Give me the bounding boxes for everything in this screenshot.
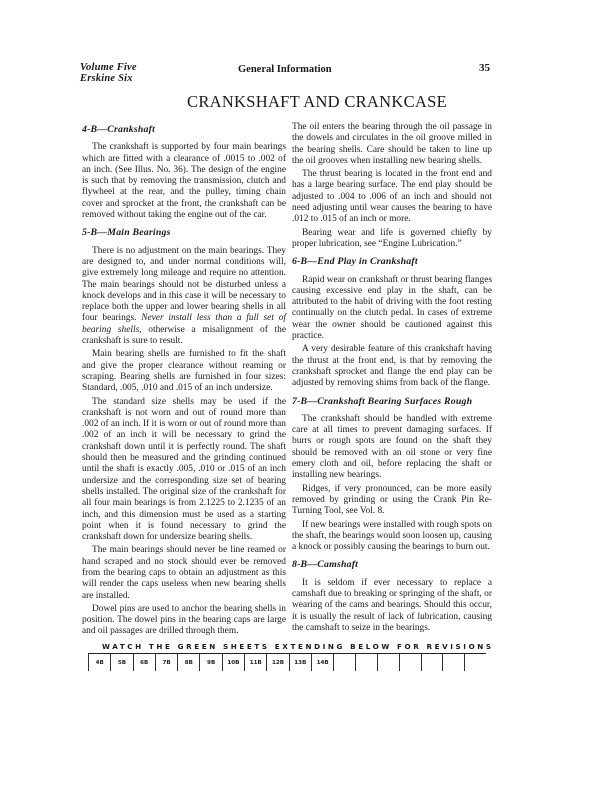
section-label: General Information — [238, 64, 332, 75]
revision-tab-5b: 5B — [110, 654, 132, 671]
revision-tab-empty — [421, 654, 443, 671]
paragraph: Bearing wear and life is governed chiefl… — [292, 228, 492, 251]
left-column: 4-B—Crankshaft The crankshaft is support… — [82, 122, 286, 640]
paragraph: There is no adjustment on the main beari… — [82, 246, 286, 348]
section-heading-4b: 4-B—Crankshaft — [82, 124, 286, 135]
section-heading-7b: 7-B—Crankshaft Bearing Surfaces Rough — [292, 396, 492, 407]
revision-tab-empty — [333, 654, 355, 671]
revision-tab-7b: 7B — [155, 654, 177, 671]
page-number: 35 — [479, 62, 490, 74]
revision-tab-14b: 14B — [311, 654, 333, 671]
running-header-left: Volume Five Erskine Six — [80, 62, 137, 84]
paragraph: If new bearings were installed with roug… — [292, 520, 492, 554]
revision-tab-empty — [442, 654, 464, 671]
revision-tab-11b: 11B — [244, 654, 266, 671]
paragraph: Ridges, if very pronounced, can be more … — [292, 484, 492, 518]
revision-tab-empty — [377, 654, 399, 671]
revision-tabs: 4B5B6B7B8B9B10B11B12B13B14B — [88, 654, 486, 671]
section-heading-5b: 5-B—Main Bearings — [82, 227, 286, 238]
revision-tab-9b: 9B — [199, 654, 221, 671]
revisions-strip: WATCH THE GREEN SHEETS EXTENDING BELOW F… — [88, 642, 486, 671]
paragraph: Dowel pins are used to anchor the bearin… — [82, 604, 286, 638]
model-label: Erskine Six — [80, 73, 137, 84]
paragraph: Main bearing shells are furnished to fit… — [82, 349, 286, 394]
paragraph: The standard size shells may be used if … — [82, 397, 286, 544]
revision-tab-8b: 8B — [177, 654, 199, 671]
document-page: Volume Five Erskine Six General Informat… — [0, 0, 612, 792]
paragraph: A very desirable feature of this cranksh… — [292, 344, 492, 389]
page-title: CRANKSHAFT AND CRANKCASE — [0, 92, 612, 112]
right-column: The oil enters the bearing through the o… — [292, 122, 492, 636]
paragraph: The crankshaft should be handled with ex… — [292, 414, 492, 482]
paragraph: The main bearings should never be line r… — [82, 545, 286, 601]
revision-tab-empty — [464, 654, 486, 671]
paragraph: The oil enters the bearing through the o… — [292, 122, 492, 167]
section-heading-6b: 6-B—End Play in Crankshaft — [292, 256, 492, 267]
revision-tab-12b: 12B — [266, 654, 288, 671]
revision-tab-empty — [355, 654, 377, 671]
revisions-label: WATCH THE GREEN SHEETS EXTENDING BELOW F… — [88, 642, 486, 652]
revision-tab-empty — [399, 654, 421, 671]
paragraph: The thrust bearing is located in the fro… — [292, 169, 492, 225]
paragraph: It is seldom if ever necessary to replac… — [292, 578, 492, 634]
paragraph: The crankshaft is supported by four main… — [82, 142, 286, 221]
revision-tab-4b: 4B — [88, 654, 110, 671]
revision-tab-13b: 13B — [289, 654, 311, 671]
volume-label: Volume Five — [80, 62, 137, 73]
paragraph: Rapid wear on crankshaft or thrust beari… — [292, 275, 492, 343]
section-heading-8b: 8-B—Camshaft — [292, 559, 492, 570]
revision-tab-10b: 10B — [222, 654, 244, 671]
revision-tab-6b: 6B — [133, 654, 155, 671]
